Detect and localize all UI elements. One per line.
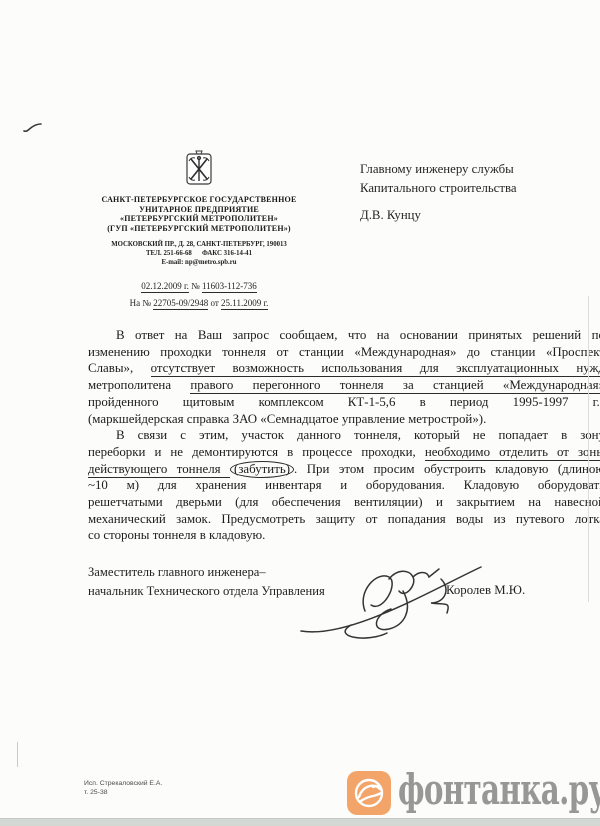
emphasized-text: правого перегонного тоннеля за станцией … [190,378,600,394]
body-text-segment: переборки и не демонтируются в процессе … [88,445,425,459]
body-line: переборки и не демонтируются в процессе … [88,444,600,461]
body-text-segment: (маркшейдерская справка ЗАО «Семнадцатое… [88,412,486,426]
emphasized-text: отсутствует возможность использования дл… [151,361,600,377]
executor-phone: т. 25-38 [84,789,162,798]
body-line: пройденного щитовым комплексом КТ-1-5,6 … [88,394,600,411]
body-text-segment: решетчатыми дверьми (для обеспечения вен… [88,495,600,509]
executor-block: Исп. Стрекаловский Е.А. т. 25-38 [84,780,162,798]
email: E-mail: np@metro.spb.ru [86,259,312,268]
contact-block: МОСКОВСКИЙ ПР., Д. 28, САНКТ-ПЕТЕРБУРГ, … [86,241,312,267]
org-name-line: (ГУП «ПЕТЕРБУРГСКИЙ МЕТРОПОЛИТЕН») [86,224,312,234]
org-name-line: УНИТАРНОЕ ПРЕДПРИЯТИЕ [86,205,312,215]
incoming-date: 25.11.2009 г. [221,298,268,310]
scanned-letter-page: САНКТ-ПЕТЕРБУРГСКОЕ ГОСУДАРСТВЕННОЕ УНИТ… [0,0,600,826]
body-text: В ответ на Ваш запрос сообщаем, что на о… [88,327,600,544]
body-text-segment: пройденного щитовым комплексом КТ-1-5,6 … [88,395,600,409]
emphasized-text: (забутить) [230,461,294,478]
body-line: В связи с этим, участок данного тоннеля,… [88,427,600,444]
signer-title: Заместитель главного инженера– начальник… [88,563,325,601]
number-sign: № [191,281,200,291]
body-line: решетчатыми дверьми (для обеспечения вен… [88,494,600,511]
reference-block: 02.12.2009 г. № 11603-112-736 На № 22705… [86,278,312,312]
outgoing-reference: 02.12.2009 г. № 11603-112-736 [86,278,312,295]
scan-bottom-band [0,818,600,826]
body-text-segment: Славы», [88,361,151,375]
signer-title-line: начальник Технического отдела Управления [88,582,325,601]
scan-edge-mark [17,742,18,767]
postal-address: МОСКОВСКИЙ ПР., Д. 28, САНКТ-ПЕТЕРБУРГ, … [86,241,312,250]
incoming-number: 22705-09/2948 [153,298,208,310]
outgoing-date: 02.12.2009 г. [141,281,189,293]
addressee-title-line: Главному инженеру службы [360,160,517,179]
body-text-segment: механический замок. Предусмотреть защиту… [88,512,600,526]
phone-fax: ТЕЛ. 251-66-68 ФАКС 316-14-41 [86,250,312,259]
org-name-line: САНКТ-ПЕТЕРБУРГСКОЕ ГОСУДАРСТВЕННОЕ [86,195,312,205]
signer-name: Королев М.Ю. [446,583,525,598]
incoming-reference: На № 22705-09/2948 от 25.11.2009 г. [86,295,312,312]
scan-fold-line [588,296,589,602]
body-line: Славы», отсутствует возможность использо… [88,360,600,377]
addressee-block: Главному инженеру службы Капитального ст… [360,160,517,225]
body-line: действующего тоннеля (забутить). При это… [88,461,600,478]
body-line: ~10 м) для хранения инвентаря и оборудов… [88,477,600,494]
coat-of-arms-icon [183,148,215,188]
addressee-title-line: Капитального строительства [360,179,517,198]
body-text-segment: ~10 м) для хранения инвентаря и оборудов… [88,478,600,492]
addressee-name: Д.В. Кунцу [360,206,517,225]
reply-from-word: от [210,298,218,308]
watermark: фонтанка.ру ® [347,768,600,815]
body-text-segment: В ответ на Ваш запрос сообщаем, что на о… [116,328,600,342]
signer-title-line: Заместитель главного инженера– [88,563,325,582]
watermark-wordmark: фонтанка.ру [398,768,600,812]
emphasized-text: необходимо отделить от зоны [425,445,600,461]
org-name-line: «ПЕТЕРБУРГСКИЙ МЕТРОПОЛИТЕН» [86,214,312,224]
body-text-segment: метрополитена [88,378,190,392]
outgoing-number: 11603-112-736 [202,281,257,293]
fontanka-logo-icon [347,771,391,815]
reply-prefix: На № [130,298,151,308]
body-text-segment: изменению проходки тоннеля от станции «М… [88,345,600,359]
body-text-segment: В связи с этим, участок данного тоннеля,… [116,428,600,442]
emphasized-text: действующего тоннеля [88,462,230,478]
body-line: В ответ на Ваш запрос сообщаем, что на о… [88,327,600,344]
executor-name: Исп. Стрекаловский Е.А. [84,780,162,789]
body-line: со стороны тоннеля в кладовую. [88,527,600,544]
body-line: (маркшейдерская справка ЗАО «Семнадцатое… [88,411,600,428]
body-text-segment: . При этом просим обустроить кладовую (д… [294,462,600,476]
body-text-segment: со стороны тоннеля в кладовую. [88,528,265,542]
pen-mark [22,121,44,135]
body-line: изменению проходки тоннеля от станции «М… [88,344,600,361]
letterhead: САНКТ-ПЕТЕРБУРГСКОЕ ГОСУДАРСТВЕННОЕ УНИТ… [86,148,312,312]
body-line: механический замок. Предусмотреть защиту… [88,511,600,528]
body-line: метрополитена правого перегонного тоннел… [88,377,600,394]
